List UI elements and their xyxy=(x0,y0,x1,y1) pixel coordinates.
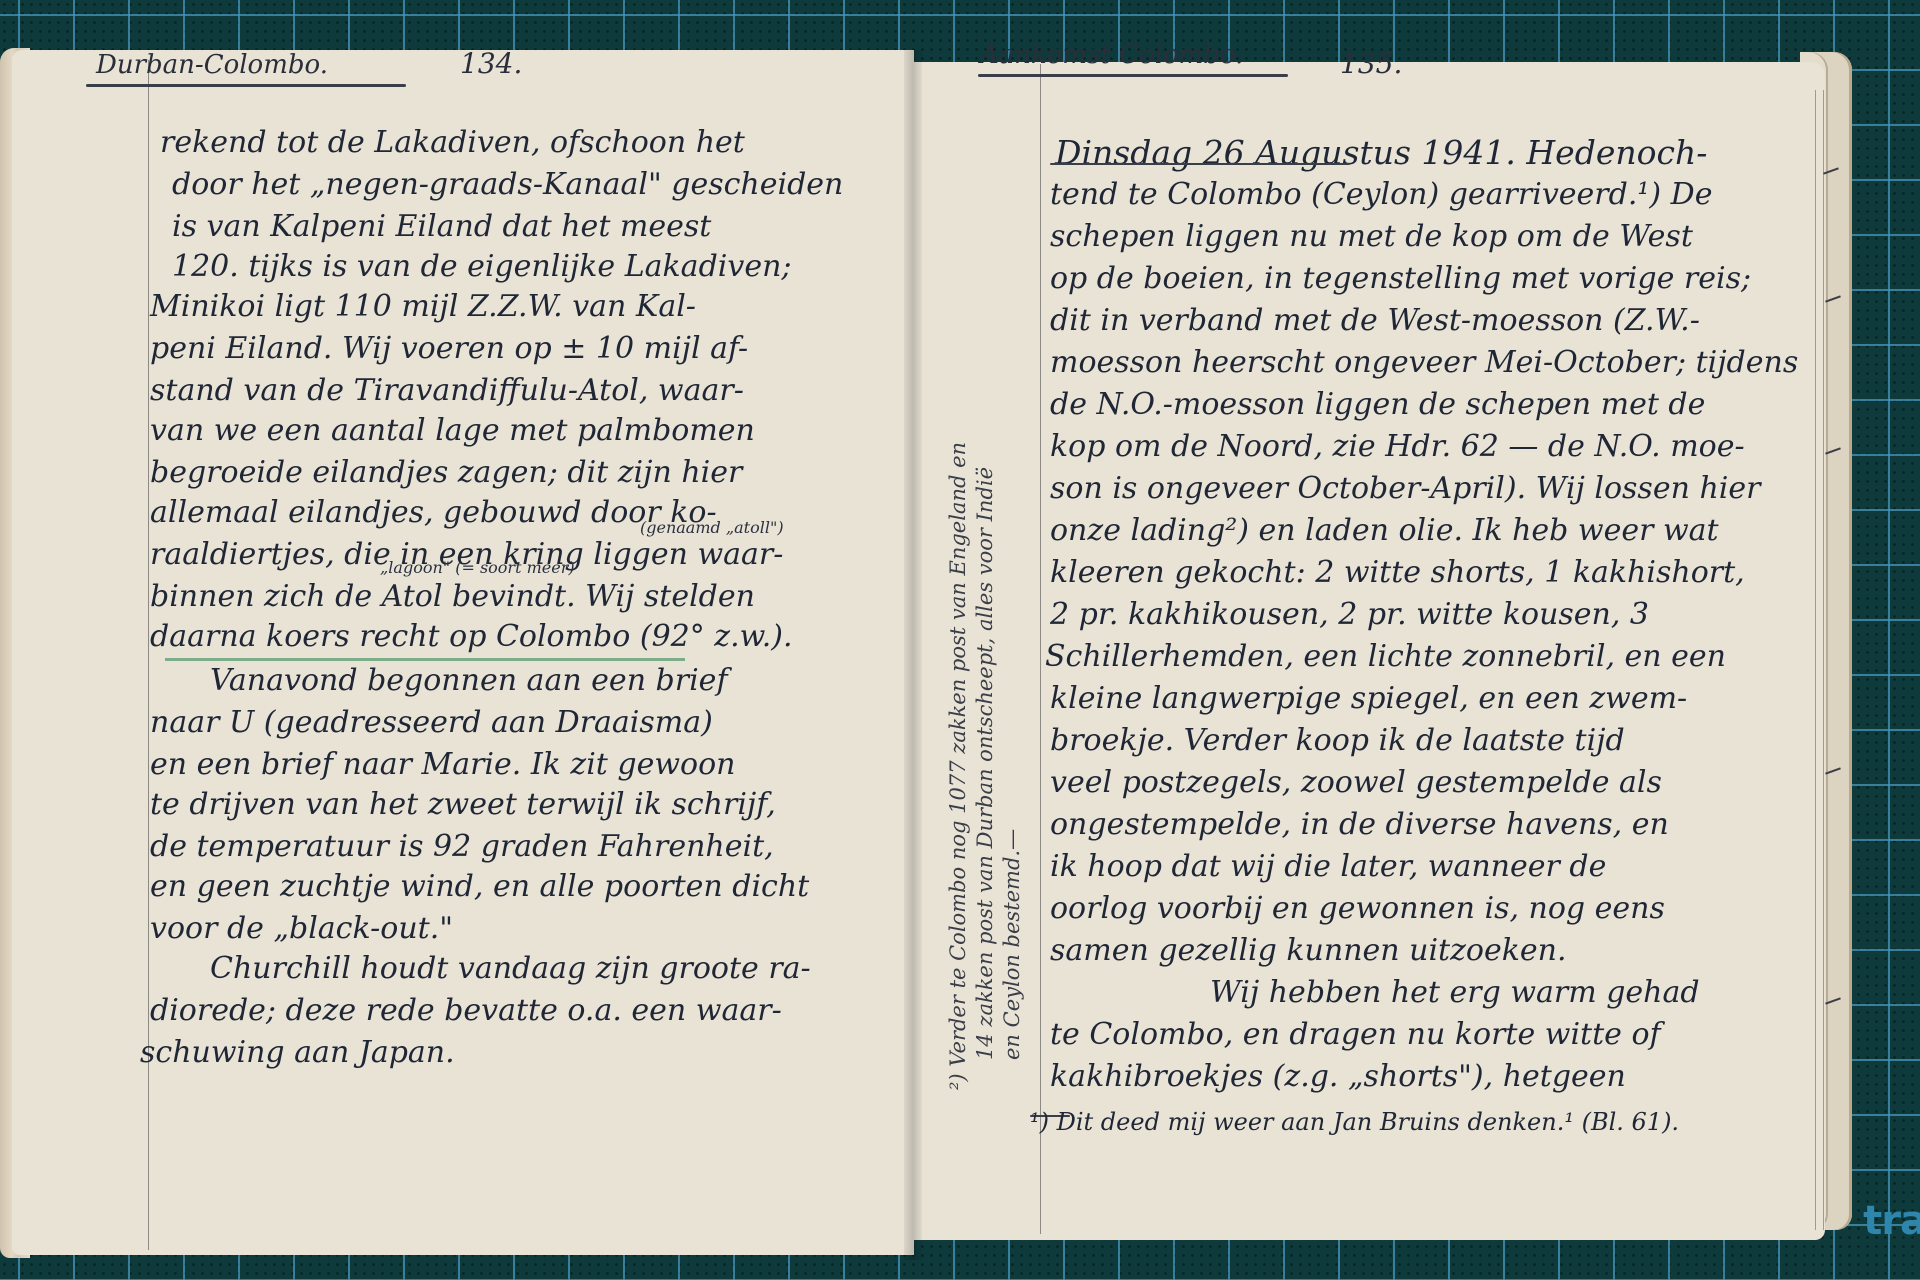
text-line: kakhibroekjes (z.g. „shorts"), hetgeen xyxy=(1050,1062,1626,1092)
text-line: en een brief naar Marie. Ik zit gewoon xyxy=(150,750,735,780)
interlinear-insertion: „lagoon" (= soort meer) xyxy=(380,560,575,576)
text-line: de N.O.-moesson liggen de schepen met de xyxy=(1050,390,1705,420)
text-line: peni Eiland. Wij voeren op ± 10 mijl af- xyxy=(150,334,748,364)
text-line: begroeide eilandjes zagen; dit zijn hier xyxy=(150,458,742,488)
right-margin-rule xyxy=(1040,64,1041,1234)
margin-note-line: en Ceylon bestemd.— xyxy=(1002,829,1023,1060)
text-line: 2 pr. kakhikousen, 2 pr. witte kousen, 3 xyxy=(1050,600,1649,630)
interlinear-insertion: (genaamd „atoll") xyxy=(640,520,784,536)
text-line: de temperatuur is 92 graden Fahrenheit, xyxy=(150,832,774,862)
left-margin-rule xyxy=(148,60,149,1250)
text-line: en geen zuchtje wind, en alle poorten di… xyxy=(150,872,809,902)
left-page-header: Durban-Colombo. xyxy=(96,52,328,78)
text-line: schepen liggen nu met de kop om de West xyxy=(1050,222,1693,252)
right-page-number: 135. xyxy=(1340,50,1402,78)
margin-note-line: 14 zakken post van Durban ontscheept, al… xyxy=(975,467,996,1060)
text-line: ik hoop dat wij die later, wanneer de xyxy=(1050,852,1606,882)
text-line: son is ongeveer October-April). Wij loss… xyxy=(1050,474,1760,504)
text-line: oorlog voorbij en gewonnen is, nog eens xyxy=(1050,894,1665,924)
text-line: broekje. Verder koop ik de laatste tijd xyxy=(1050,726,1625,756)
text-line: onze lading²) en laden olie. Ik heb weer… xyxy=(1050,516,1719,546)
watermark: tra xyxy=(1863,1198,1920,1244)
text-line: door het „negen-graads-Kanaal" gescheide… xyxy=(172,170,843,200)
book-spine-gutter xyxy=(904,50,922,1260)
text-line: kop om de Noord, zie Hdr. 62 — de N.O. m… xyxy=(1050,432,1745,462)
text-line: op de boeien, in tegenstelling met vorig… xyxy=(1050,264,1751,294)
text-line: kleine langwerpige spiegel, en een zwem- xyxy=(1050,684,1687,714)
text-line: tend te Colombo (Ceylon) gearriveerd.¹) … xyxy=(1050,180,1712,210)
text-line: samen gezellig kunnen uitzoeken. xyxy=(1050,936,1567,966)
text-line: schuwing aan Japan. xyxy=(140,1038,455,1068)
text-line: naar U (geadresseerd aan Draaisma) xyxy=(150,708,713,738)
text-line: ongestempelde, in de diverse havens, en xyxy=(1050,810,1669,840)
header-underline xyxy=(86,84,406,87)
text-line: veel postzegels, zoowel gestempelde als xyxy=(1050,768,1662,798)
page-edge-line xyxy=(1815,90,1816,1230)
text-line: diorede; deze rede bevatte o.a. een waar… xyxy=(150,996,782,1026)
text-line: van we een aantal lage met palmbomen xyxy=(150,416,755,446)
text-line: te drijven van het zweet terwijl ik schr… xyxy=(150,790,776,820)
text-line: Schillerhemden, een lichte zonnebril, en… xyxy=(1045,642,1726,672)
text-line: Churchill houdt vandaag zijn groote ra- xyxy=(210,954,811,984)
text-line: voor de „black-out." xyxy=(150,914,453,944)
text-line: te Colombo, en dragen nu korte witte of xyxy=(1050,1020,1661,1050)
left-page-number: 134. xyxy=(460,50,522,78)
green-highlight-underline xyxy=(165,658,685,661)
text-line: moesson heerscht ongeveer Mei-October; t… xyxy=(1050,348,1798,378)
text-line: rekend tot de Lakadiven, ofschoon het xyxy=(160,128,745,158)
page-edge-line xyxy=(1823,90,1824,1230)
text-line: 120. tijks is van de eigenlijke Lakadive… xyxy=(172,252,792,282)
margin-note-line: ²) Verder te Colombo nog 1077 zakken pos… xyxy=(948,442,969,1090)
text-line: Minikoi ligt 110 mijl Z.Z.W. van Kal- xyxy=(150,292,696,322)
footnote: ¹) Dit deed mij weer aan Jan Bruins denk… xyxy=(1030,1110,1679,1134)
date-underline xyxy=(1050,163,1350,165)
header-underline xyxy=(978,74,1288,77)
text-line: Wij hebben het erg warm gehad xyxy=(1210,978,1700,1008)
right-page-header: Aankomst Colombo. xyxy=(980,42,1243,68)
text-line: is van Kalpeni Eiland dat het meest xyxy=(172,212,711,242)
text-line: daarna koers recht op Colombo (92° z.w.)… xyxy=(150,622,793,652)
text-line: binnen zich de Atol bevindt. Wij stelden xyxy=(150,582,755,612)
text-line: dit in verband met de West-moesson (Z.W.… xyxy=(1050,306,1700,336)
text-line: allemaal eilandjes, gebouwd door ko- xyxy=(150,498,717,528)
text-line: kleeren gekocht: 2 witte shorts, 1 kakhi… xyxy=(1050,558,1745,588)
text-line: Vanavond begonnen aan een brief xyxy=(210,666,728,696)
text-line: stand van de Tiravandiffulu-Atol, waar- xyxy=(150,376,744,406)
